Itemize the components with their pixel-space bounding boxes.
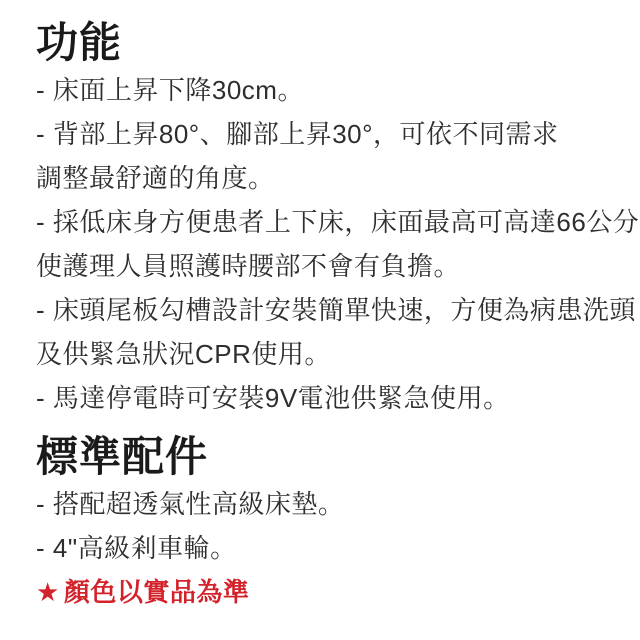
- star-icon: ★: [36, 577, 60, 607]
- accessory-line: - 4"高級剎車輪。: [36, 526, 626, 570]
- section-heading-accessories: 標準配件: [36, 432, 626, 482]
- feature-line: - 馬達停電時可安裝9V電池供緊急使用。: [36, 376, 626, 420]
- color-disclaimer: ★顏色以實品為準: [36, 570, 626, 614]
- feature-line: - 採低床身方便患者上下床，床面最高可高達66公分，: [36, 200, 626, 244]
- accessory-line: - 搭配超透氣性高級床墊。: [36, 482, 626, 526]
- feature-line: 調整最舒適的角度。: [36, 156, 626, 200]
- feature-line: 使護理人員照護時腰部不會有負擔。: [36, 244, 626, 288]
- accessories-list: - 搭配超透氣性高級床墊。 - 4"高級剎車輪。: [36, 482, 626, 570]
- product-description-page: 功能 - 床面上昇下降30cm。 - 背部上昇80°、腳部上昇30°，可依不同需…: [0, 0, 640, 640]
- feature-line: - 背部上昇80°、腳部上昇30°，可依不同需求: [36, 112, 626, 156]
- features-list: - 床面上昇下降30cm。 - 背部上昇80°、腳部上昇30°，可依不同需求 調…: [36, 68, 626, 420]
- feature-line: - 床頭尾板勾槽設計安裝簡單快速，方便為病患洗頭: [36, 288, 626, 332]
- feature-line: 及供緊急狀況CPR使用。: [36, 332, 626, 376]
- section-heading-features: 功能: [36, 18, 626, 68]
- disclaimer-text: 顏色以實品為準: [64, 577, 250, 607]
- feature-line: - 床面上昇下降30cm。: [36, 68, 626, 112]
